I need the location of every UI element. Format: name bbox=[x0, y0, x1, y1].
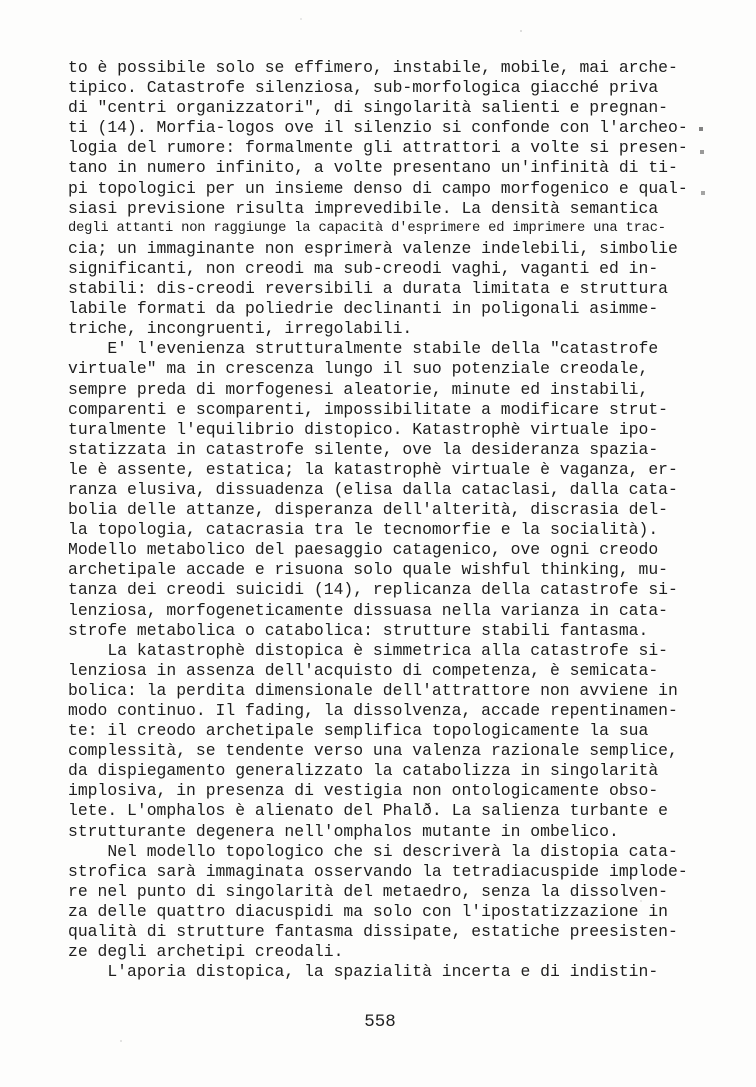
text-line: cia; un immaginante non esprimerà valenz… bbox=[68, 239, 708, 259]
text-line: Nel modello topologico che si descriverà… bbox=[68, 842, 708, 862]
text-line: statizzata in catastrofe silente, ove la… bbox=[68, 440, 708, 460]
text-line: strofe metabolica o catabolica: struttur… bbox=[68, 621, 708, 641]
text-line: le è assente, estatica; la katastrophè v… bbox=[68, 460, 708, 480]
text-line: ti (14). Morfia-logos ove il silenzio si… bbox=[68, 118, 708, 138]
text-line: complessità, se tendente verso una valen… bbox=[68, 741, 708, 761]
text-line: da dispiegamento generalizzato la catabo… bbox=[68, 761, 708, 781]
text-line: lete. L'omphalos è alienato del Phalð. L… bbox=[68, 801, 708, 821]
text-line: pi topologici per un insieme denso di ca… bbox=[68, 179, 708, 199]
body-text: to è possibile solo se effimero, instabi… bbox=[68, 58, 708, 982]
text-line: stabili: dis-creodi reversibili a durata… bbox=[68, 279, 708, 299]
text-line: lenziosa in assenza dell'acquisto di com… bbox=[68, 661, 708, 681]
text-line: to è possibile solo se effimero, instabi… bbox=[68, 58, 708, 78]
text-line: re nel punto di singolarità del metaedro… bbox=[68, 882, 708, 902]
text-line: te: il creodo archetipale semplifica top… bbox=[68, 721, 708, 741]
text-line: sempre preda di morfogenesi aleatorie, m… bbox=[68, 380, 708, 400]
text-line: labile formati da poliedrie declinanti i… bbox=[68, 299, 708, 319]
text-line: bolica: la perdita dimensionale dell'att… bbox=[68, 681, 708, 701]
text-line: strutturante degenera nell'omphalos muta… bbox=[68, 822, 708, 842]
text-line: la topologia, catacrasia tra le tecnomor… bbox=[68, 520, 708, 540]
text-line: bolia delle attanze, disperanza dell'alt… bbox=[68, 500, 708, 520]
text-line: virtuale" ma in crescenza lungo il suo p… bbox=[68, 359, 708, 379]
text-line: degli attanti non raggiunge la capacità … bbox=[68, 219, 708, 239]
text-line: archetipale accade e risuona solo quale … bbox=[68, 560, 708, 580]
text-line: triche, incongruenti, irregolabili. bbox=[68, 319, 708, 339]
text-line: modo continuo. Il fading, la dissolvenza… bbox=[68, 701, 708, 721]
text-line: significanti, non creodi ma sub-creodi v… bbox=[68, 259, 708, 279]
text-line: ranza elusiva, dissuadenza (elisa dalla … bbox=[68, 480, 708, 500]
text-line: tanza dei creodi suicidi (14), replicanz… bbox=[68, 580, 708, 600]
text-line: za delle quattro diacuspidi ma solo con … bbox=[68, 902, 708, 922]
text-line: comparenti e scomparenti, impossibilitat… bbox=[68, 400, 708, 420]
scan-noise bbox=[0, 0, 2, 2]
text-line: ze degli archetipi creodali. bbox=[68, 942, 708, 962]
text-line: tipico. Catastrofe silenziosa, sub-morfo… bbox=[68, 78, 708, 98]
text-line: strofica sarà immaginata osservando la t… bbox=[68, 862, 708, 882]
text-line: implosiva, in presenza di vestigia non o… bbox=[68, 781, 708, 801]
text-line: di "centri organizzatori", di singolarit… bbox=[68, 98, 708, 118]
text-line: Modello metabolico del paesaggio catagen… bbox=[68, 540, 708, 560]
text-line: lenziosa, morfogeneticamente dissuasa ne… bbox=[68, 601, 708, 621]
text-line: logia del rumore: formalmente gli attrat… bbox=[68, 138, 708, 158]
page-number: 558 bbox=[68, 1012, 692, 1032]
text-line: siasi previsione risulta imprevedibile. … bbox=[68, 199, 708, 219]
text-line: E' l'evenienza strutturalmente stabile d… bbox=[68, 339, 708, 359]
text-line: tano in numero infinito, a volte present… bbox=[68, 158, 708, 178]
text-line: qualità di strutture fantasma dissipate,… bbox=[68, 922, 708, 942]
text-line: turalmente l'equilibrio distopico. Katas… bbox=[68, 420, 708, 440]
text-line: L'aporia distopica, la spazialità incert… bbox=[68, 962, 708, 982]
text-line: La katastrophè distopica è simmetrica al… bbox=[68, 641, 708, 661]
scanned-page: to è possibile solo se effimero, instabi… bbox=[0, 0, 756, 1087]
